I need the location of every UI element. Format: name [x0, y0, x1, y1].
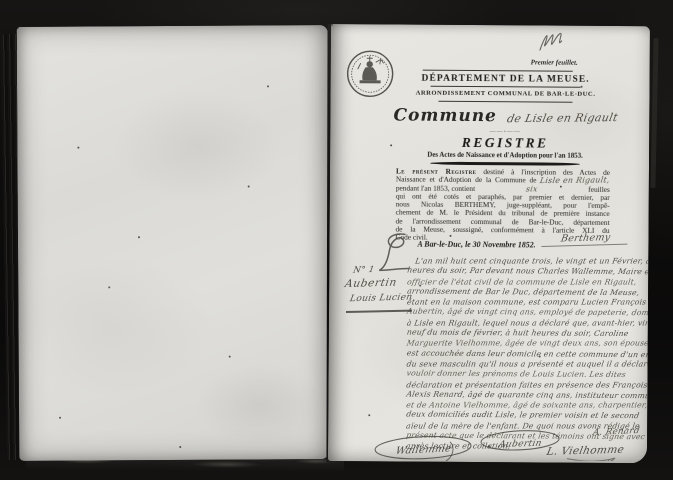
- act-line: Marguerite Vielhomme, âgée de vingt deux…: [406, 339, 645, 349]
- act-line: heures du soir, Par devant nous Charles …: [406, 266, 645, 278]
- act-line: vouloir donner les prénoms de Louis Luci…: [406, 369, 645, 381]
- scanned-register-photo: Premier feuillet. DÉPARTEMENT DE LA MEUS…: [0, 0, 673, 480]
- arrondissement-heading: ARRONDISSEMENT COMMUNAL DE BAR-LE-DUC.: [390, 89, 620, 98]
- folio-note: Premier feuillet.: [498, 58, 578, 67]
- ink-folio-mark-icon: [534, 28, 584, 56]
- margin-underline: [346, 310, 412, 313]
- rule-divider: [438, 101, 572, 103]
- act-line: déclaration et présentation faites en pr…: [406, 380, 645, 390]
- act-line: officier de l'état civil de la commune d…: [406, 277, 645, 287]
- margin-given-names: Louis Lucien: [349, 293, 413, 305]
- foxing-specks: [17, 27, 19, 29]
- foxing-specks: [331, 24, 333, 26]
- rule-divider: [431, 86, 581, 88]
- signature-witness-1: L. Vielhomme: [537, 438, 633, 461]
- right-register-page: Premier feuillet. DÉPARTEMENT DE LA MEUS…: [328, 24, 650, 463]
- department-heading: DÉPARTEMENT DE LA MEUSE.: [391, 73, 621, 85]
- act-line: Aubertin, âgé de vingt cinq ans, employé…: [406, 307, 645, 319]
- signature-witness-2: A. Renard: [575, 421, 650, 440]
- signature-mayor: Wallemme: [372, 431, 474, 462]
- revenue-stamp-icon: [345, 49, 394, 98]
- rule-divider: [423, 70, 573, 72]
- act-number: N° 1: [352, 265, 375, 276]
- swelled-rule: [430, 162, 580, 166]
- commune-handwritten-name: de Lisle en Rigault: [505, 111, 618, 125]
- margin-surname: Aubertin: [344, 277, 398, 290]
- commune-printed-label: Commune: [393, 105, 497, 126]
- register-subtitle: Des Actes de Naissance et d'Adoption pou…: [390, 151, 620, 160]
- scan-edge-artifact: [650, 38, 658, 188]
- dateline: A Bar-le-Duc, le 30 Novembre 1852.: [417, 240, 535, 250]
- handwritten-commune-insert: Lisle en Rigault,: [540, 177, 611, 186]
- left-blank-page: [17, 25, 331, 461]
- judge-signature: Berthemy: [541, 232, 629, 247]
- register-title: REGISTRE: [390, 134, 620, 152]
- handwritten-folio-count: six: [525, 185, 538, 193]
- commune-line: Commune de Lisle en Rigault: [384, 105, 626, 127]
- act-line: est accouchée dans leur domicile en cett…: [406, 348, 645, 360]
